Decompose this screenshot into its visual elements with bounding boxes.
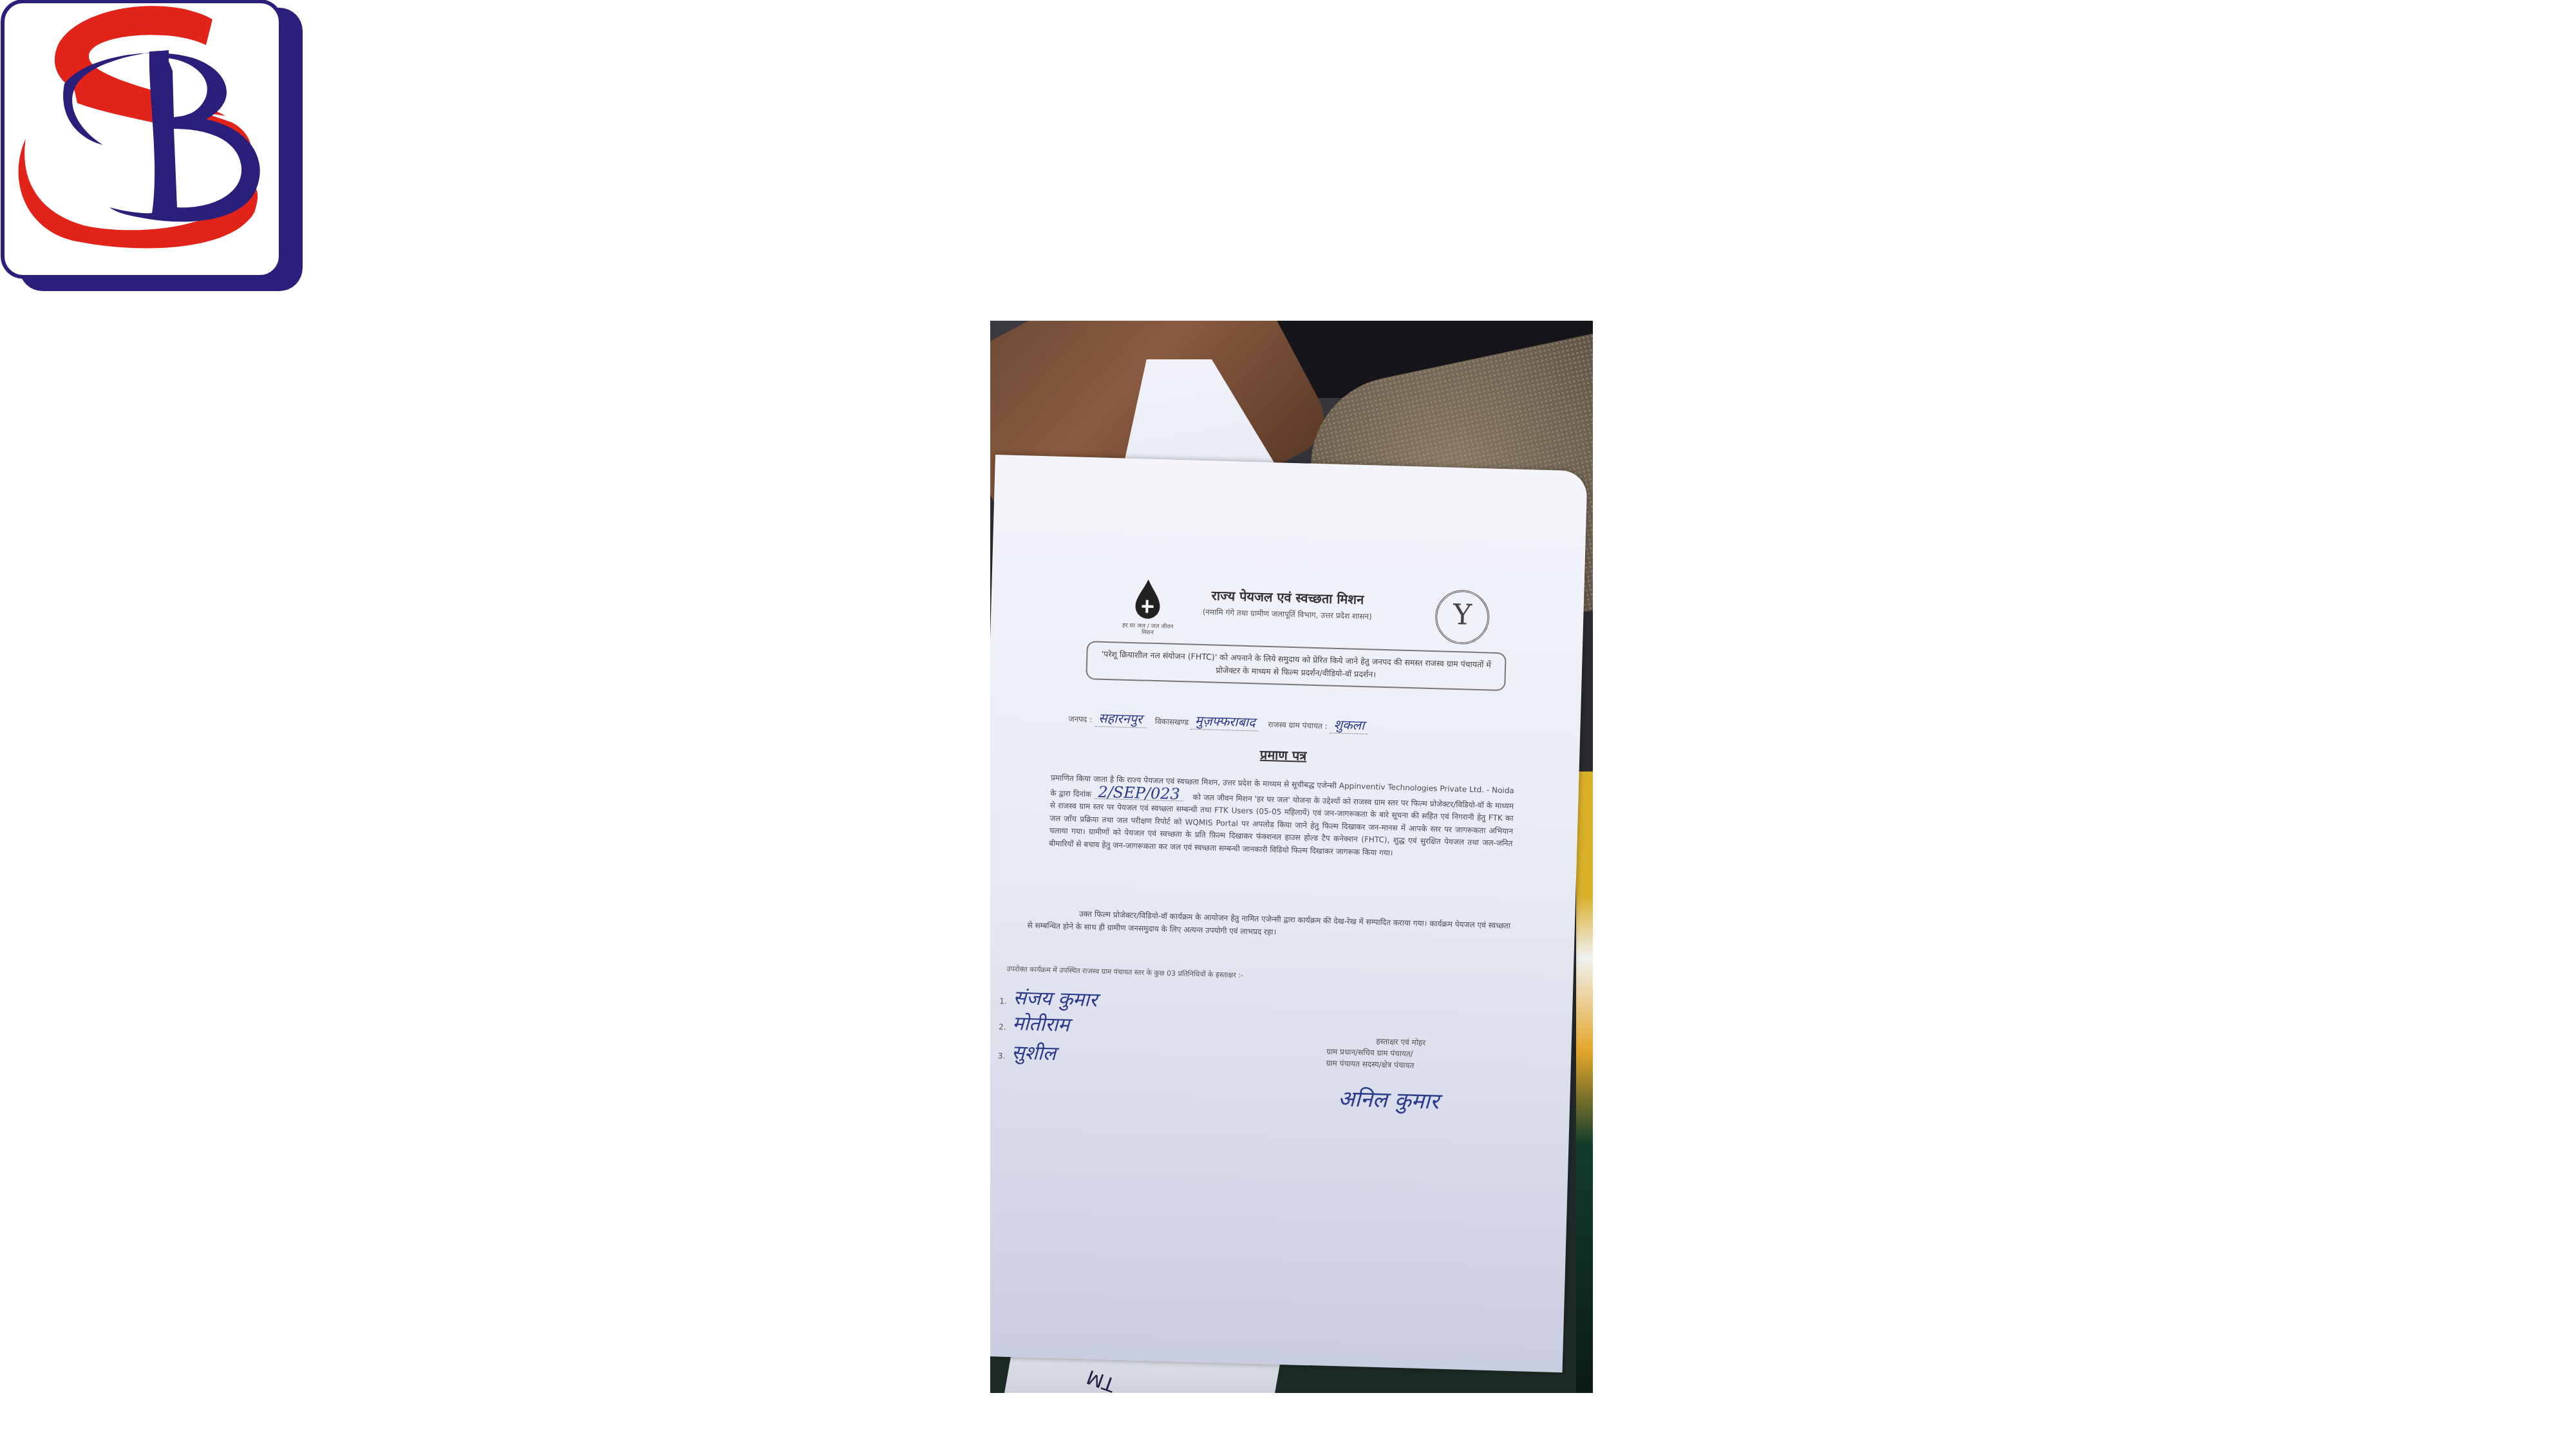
panchayat-value: शुकला xyxy=(1330,715,1368,735)
witness-1: 1. संजय कुमार xyxy=(999,983,1098,1012)
witness-index: 3. xyxy=(998,1051,1006,1060)
certificate-paragraph-1: प्रमाणित किया जाता है कि राज्य पेयजल एवं… xyxy=(1049,772,1514,863)
certificate-paper: हर घर जल / जल जीवन मिशन राज्य पेयजल एवं … xyxy=(990,455,1588,1372)
witness-index: 1. xyxy=(999,997,1007,1006)
panchayat-label: राजस्व ग्राम पंचायत : xyxy=(1268,720,1328,731)
certificate-photo: TM हर घर जल / जल जीवन मिशन राज्य पेयजल ए… xyxy=(990,321,1593,1393)
subject-box: 'परेशू क्रियाशील नल संयोजन (FHTC)' को अप… xyxy=(1086,641,1506,691)
witness-2: 2. मोतीराम xyxy=(999,1009,1070,1037)
signature-intro: उपरोक्त कार्यक्रम में उपस्थित राजस्व ग्र… xyxy=(1006,964,1264,981)
district-label: जनपद : xyxy=(1068,714,1092,724)
drop-logo-caption: हर घर जल / जल जीवन मिशन xyxy=(1122,623,1174,637)
witness-3: 3. सुशील xyxy=(998,1037,1057,1065)
witness-signature: सुशील xyxy=(1011,1041,1057,1065)
witness-index: 2. xyxy=(999,1022,1006,1031)
seal-block: हस्ताक्षर एवं मोहर ग्राम प्रधान/सचिव ग्र… xyxy=(1326,1034,1475,1073)
block-label: विकासखण्ड xyxy=(1155,717,1189,726)
photo-side-strip xyxy=(1576,772,1593,1393)
sb-logo xyxy=(0,0,303,291)
para1-date-label: के द्वारा दिनांक xyxy=(1050,788,1091,799)
event-date: 2/SEP/023 xyxy=(1094,786,1184,801)
certificate-paragraph-2: उक्त फिल्म प्रोजेक्टर/विडियो-वॉ कार्यक्र… xyxy=(1027,907,1510,945)
pradhan-signature: अनिल कुमार xyxy=(1338,1083,1440,1115)
document-header: राज्य पेयजल एवं स्वच्छता मिशन (नमामि गंग… xyxy=(991,580,1584,628)
certificate-title: प्रमाण पत्र xyxy=(990,738,1579,772)
up-government-emblem-icon xyxy=(1434,589,1490,645)
witness-signature: संजय कुमार xyxy=(1013,987,1097,1012)
location-row: जनपद : सहारनपुर विकासखण्ड मुज़फ्फराबाद र… xyxy=(1068,708,1519,739)
para1-body: को जल जीवन मिशन 'हर घर जल' योजना के उद्द… xyxy=(1049,792,1514,857)
block-value: मुज़फ्फराबाद xyxy=(1191,712,1260,732)
witness-signature: मोतीराम xyxy=(1012,1012,1070,1036)
district-value: सहारनपुर xyxy=(1095,708,1147,728)
agency-name: Technologies Private Ltd. - Noida xyxy=(1387,782,1514,795)
